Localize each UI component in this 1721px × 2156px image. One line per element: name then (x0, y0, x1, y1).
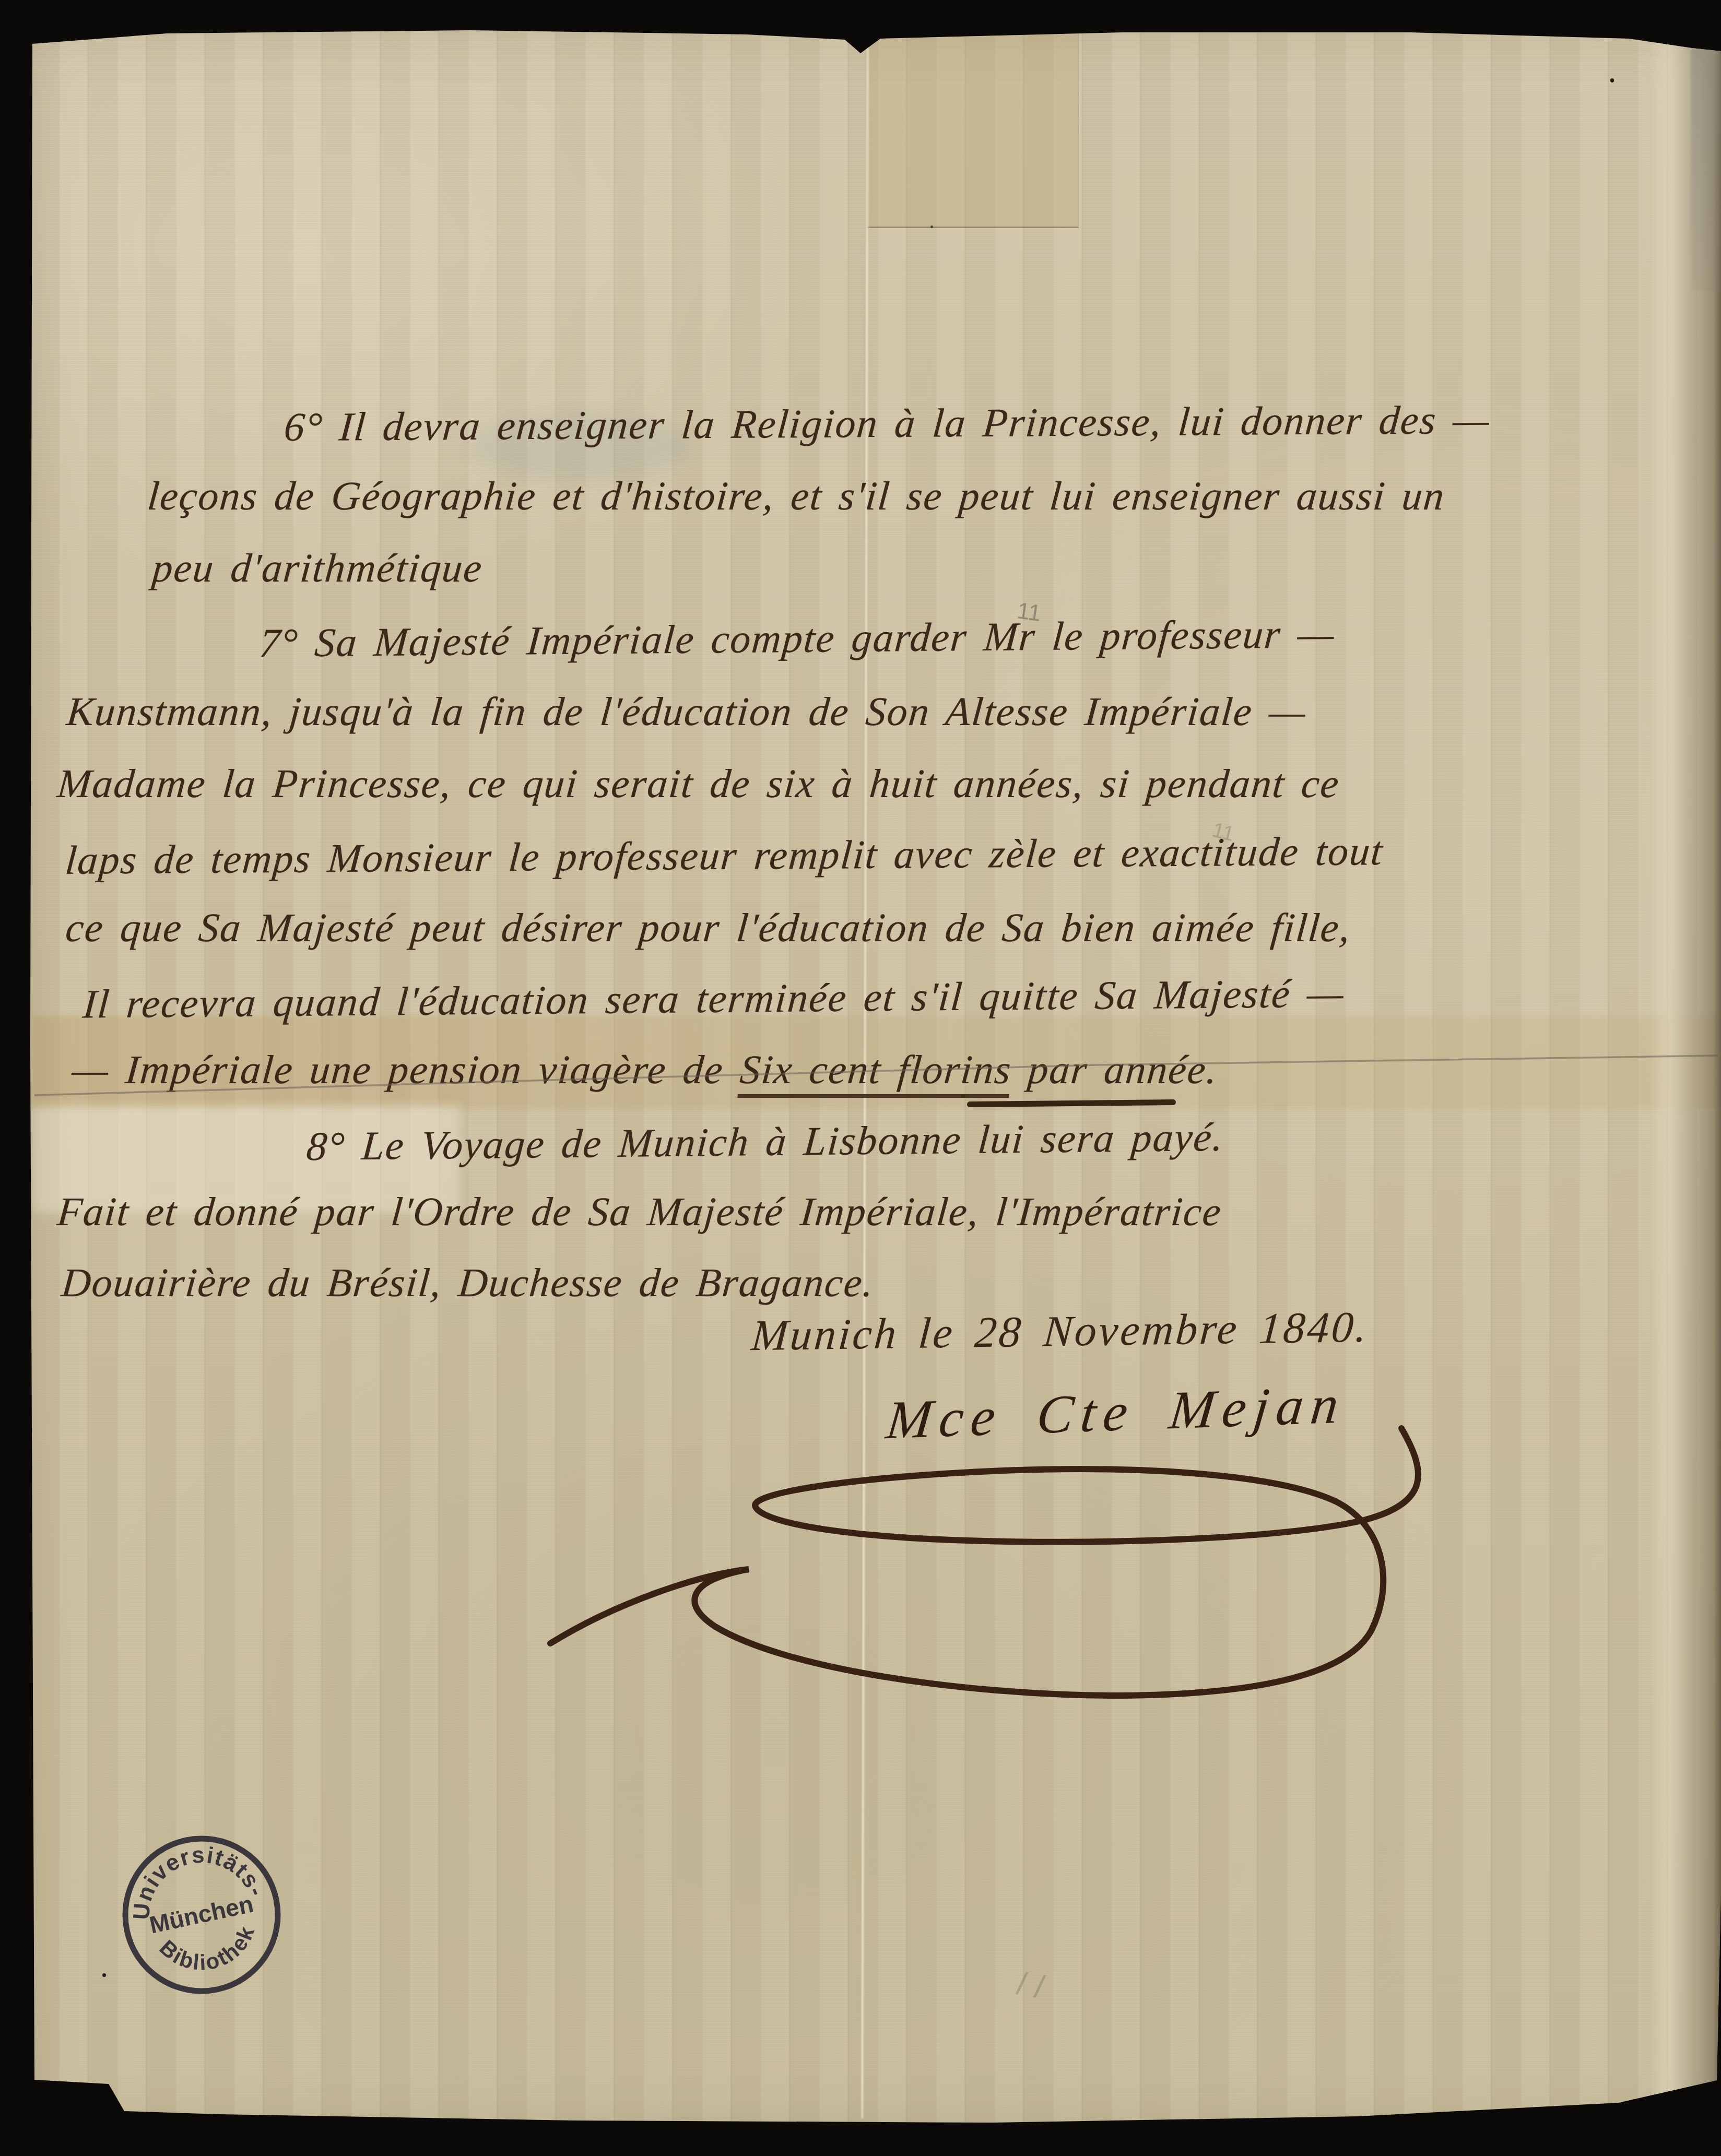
scanned-document: 6° Il devra enseigner la Religion à la P… (0, 0, 1721, 2156)
letter-line: laps de temps Monsieur le professeur rem… (64, 827, 1385, 884)
signature-text: Mce Cte Mejan (883, 1373, 1349, 1451)
letter-line: ce que Sa Majesté peut désirer pour l'éd… (64, 904, 1353, 951)
pencil-annotation: 11 (1016, 598, 1043, 627)
letter-line-pension: — Impériale une pension viagère de Six c… (70, 1046, 1220, 1093)
dust-speck (930, 226, 933, 228)
letter-page: 6° Il devra enseigner la Religion à la P… (0, 0, 1721, 2156)
signature-flourish (550, 1428, 1418, 1696)
letter-line: Douairière du Brésil, Duchesse de Bragan… (60, 1259, 876, 1306)
dust-speck (1610, 78, 1614, 82)
letter-line: 8° Le Voyage de Munich à Lisbonne lui se… (305, 1113, 1226, 1170)
pension-amount-underlined: Six cent florins (738, 1047, 1014, 1098)
letter-line: Fait et donné par l'Ordre de Sa Majesté … (55, 1188, 1224, 1235)
letter-line: peu d'arithmétique (150, 544, 485, 591)
dateline: Munich le 28 Novembre 1840. (750, 1302, 1371, 1361)
letter-line: 6° Il devra enseigner la Religion à la P… (282, 396, 1492, 451)
right-edge-fold (1649, 31, 1721, 2119)
pencil-annotation: / / (1014, 1965, 1047, 2006)
letter-line: Kunstmann, jusqu'à la fin de l'éducation… (65, 688, 1309, 735)
tape-remnant-top (867, 32, 1079, 228)
letter-line: leçons de Géographie et d'histoire, et s… (146, 472, 1447, 519)
letter-line: Madame la Princesse, ce qui serait de si… (55, 760, 1342, 807)
dust-speck (102, 1973, 106, 1977)
library-stamp: Universitäts- München Bibliothek (118, 1831, 285, 1998)
tape-remnant-right (1691, 40, 1721, 290)
pension-line-post: par année. (1010, 1047, 1220, 1092)
pension-line-pre: — Impériale une pension viagère de (70, 1047, 742, 1092)
letter-line: 7° Sa Majesté Impériale compte garder Mr… (258, 610, 1337, 667)
